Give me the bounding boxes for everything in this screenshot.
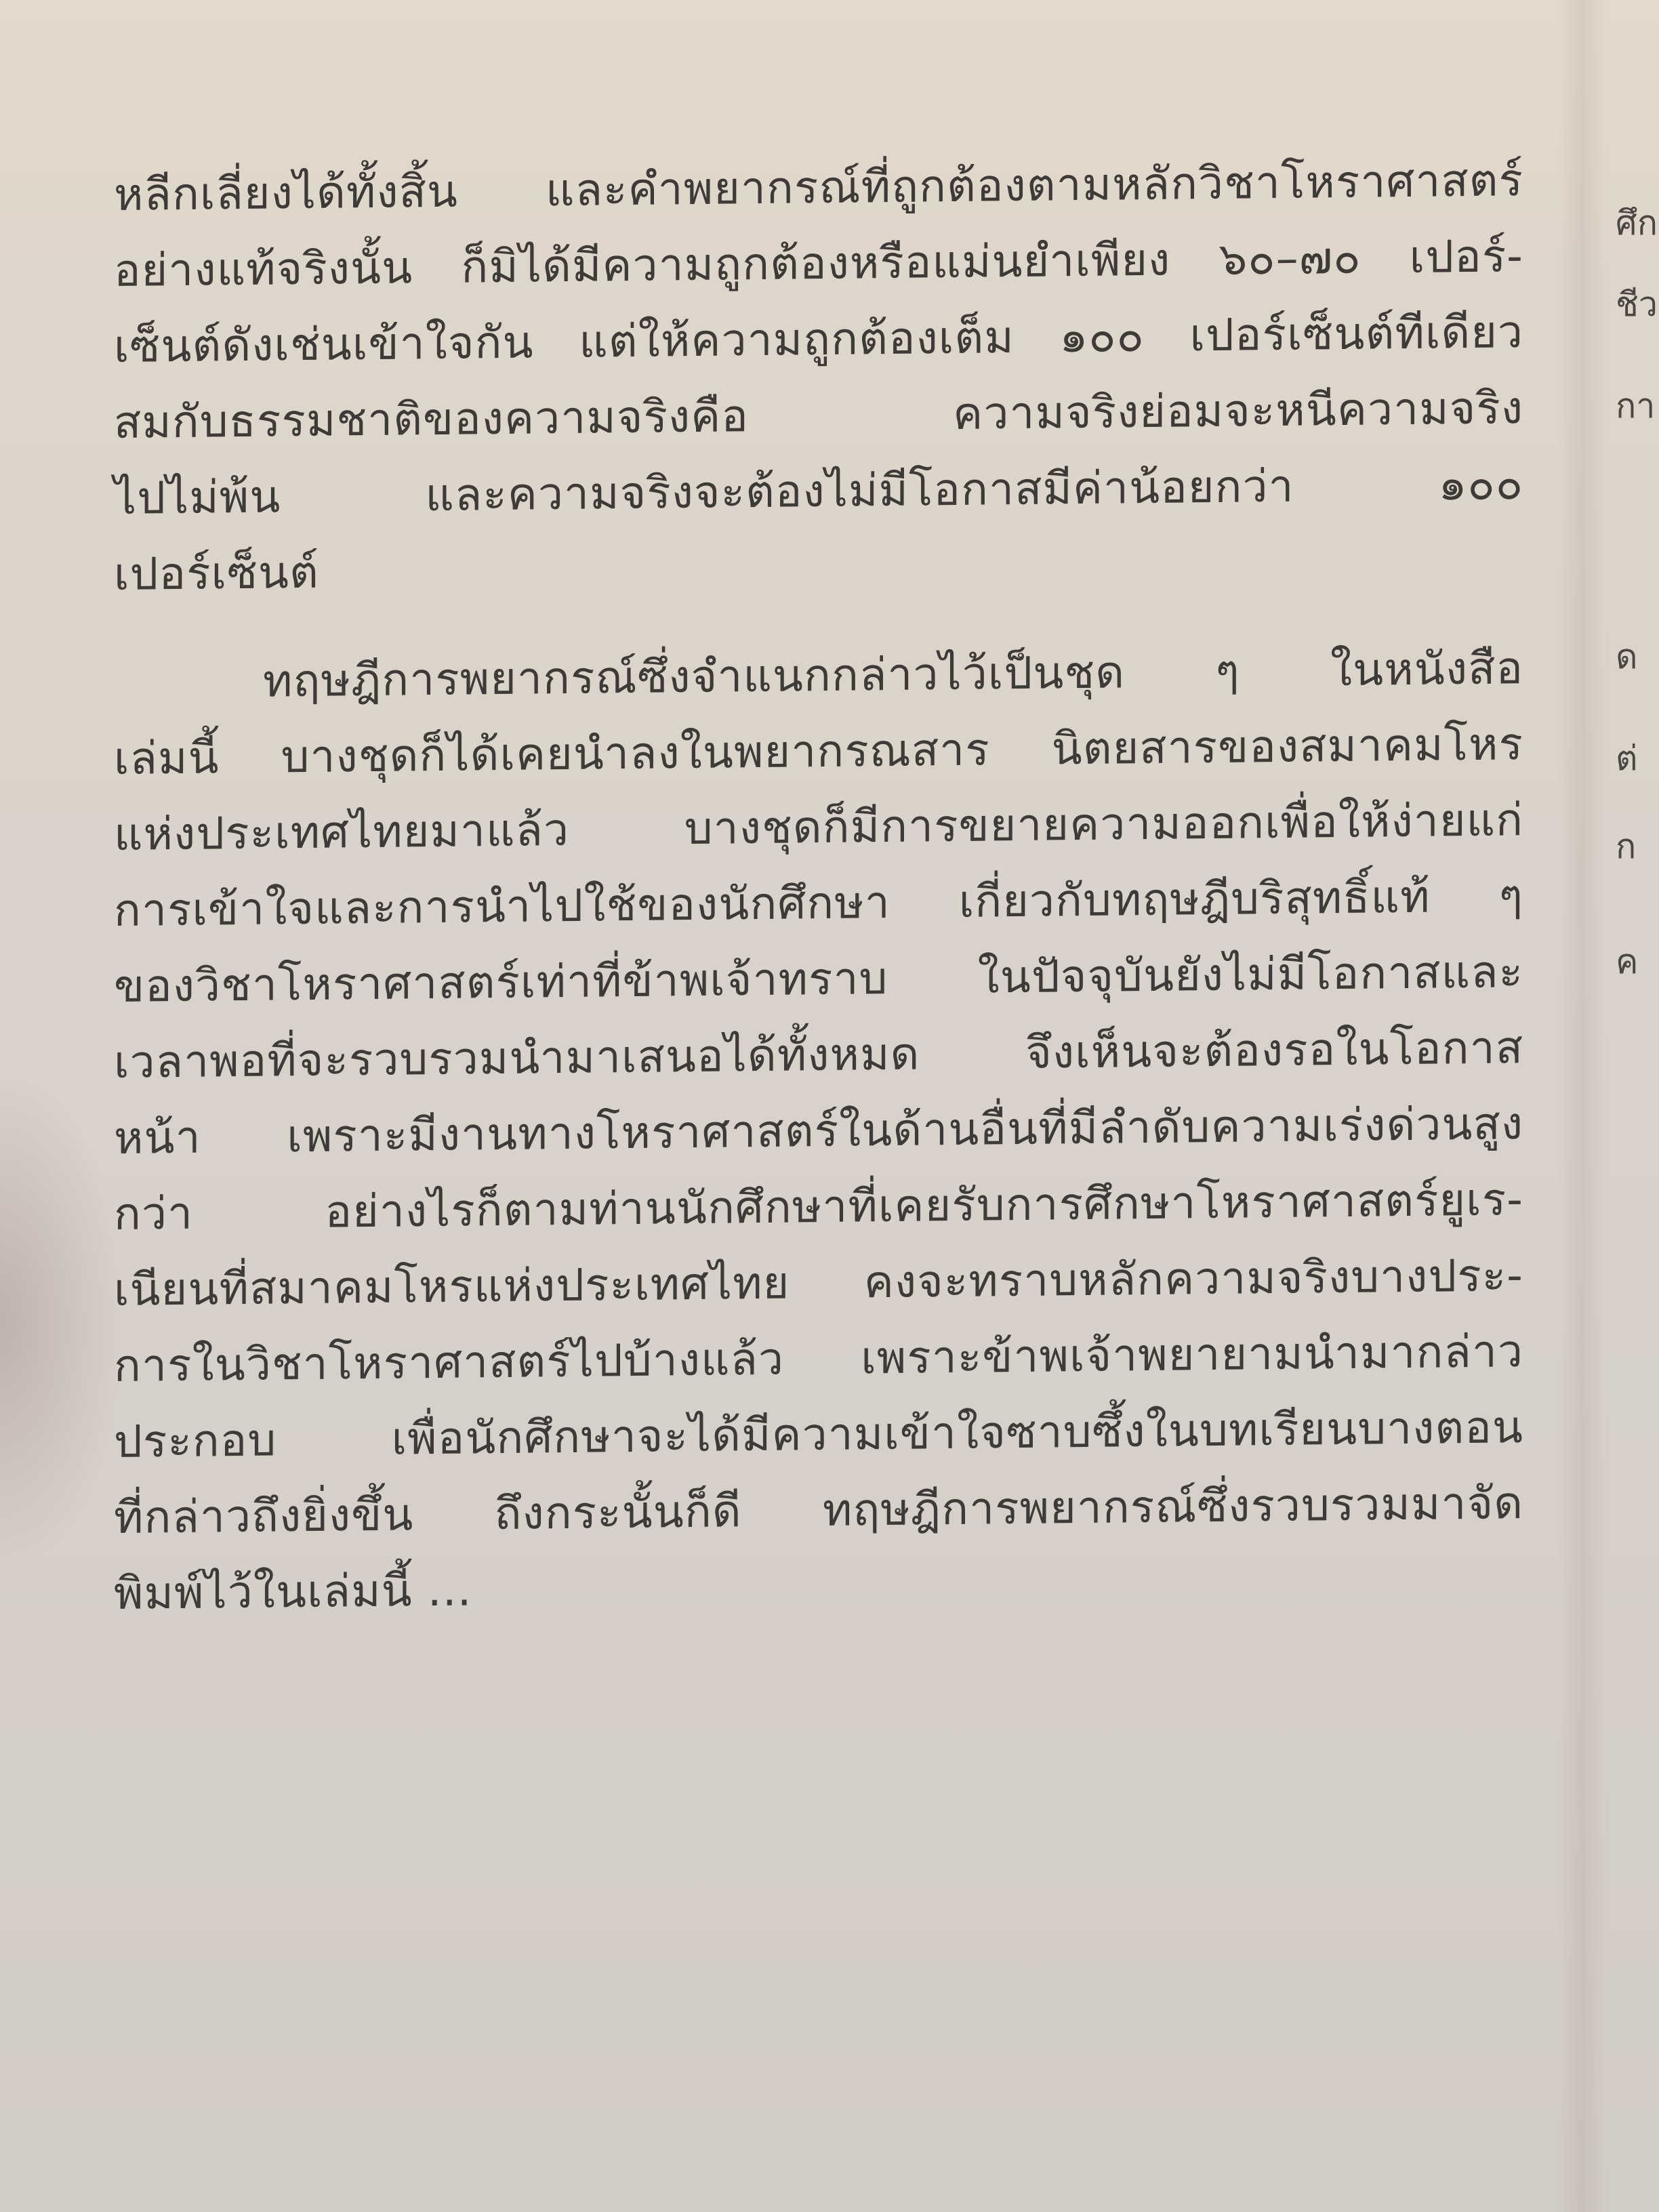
book-gutter	[1559, 0, 1606, 2212]
text-line: หลีกเลี่ยงได้ทั้งสิ้น และคำพยากรณ์ที่ถูก…	[114, 142, 1523, 233]
text-line: ประกอบ เพื่อนักศึกษาจะได้มีความเข้าใจซาบ…	[114, 1389, 1523, 1480]
text-line: สมกับธรรมชาติของความจริงคือ ความจริงย่อม…	[114, 370, 1523, 461]
text-line: การเข้าใจและการนำไปใช้ของนักศึกษา เกี่ยว…	[114, 858, 1523, 949]
text-line: เซ็นต์ดังเช่นเข้าใจกัน แต่ให้ความถูกต้อง…	[114, 294, 1523, 385]
text-line: การในวิชาโหราศาสตร์ไปบ้างแล้ว เพราะข้าพเ…	[114, 1313, 1523, 1404]
facing-page-fragment: ค	[1616, 935, 1638, 989]
text-line: ของวิชาโหราศาสตร์เท่าที่ข้าพเจ้าทราบ ในป…	[114, 934, 1523, 1025]
facing-page-fragment: กา	[1616, 380, 1655, 433]
facing-page-fragment: ด	[1616, 630, 1637, 684]
text-line: กว่า อย่างไรก็ตามท่านนักศึกษาที่เคยรับกา…	[114, 1162, 1523, 1252]
facing-page-edge: ศึกชีวกาดต่กค	[1613, 0, 1659, 2212]
text-line: แห่งประเทศไทยมาแล้ว บางชุดก็มีการขยายควา…	[114, 782, 1523, 873]
facing-page-fragment: ต่	[1616, 732, 1637, 785]
facing-page-fragment: ชีว	[1616, 278, 1658, 331]
text-line: เปอร์เซ็นต์	[114, 522, 1523, 613]
text-line: เวลาพอที่จะรวบรวมนำมาเสนอได้ทั้งหมด จึงเ…	[114, 1010, 1523, 1101]
text-line: อย่างแท้จริงนั้น ก็มิได้มีความถูกต้องหรื…	[114, 218, 1523, 309]
text-line: เนียนที่สมาคมโหรแห่งประเทศไทย คงจะทราบหล…	[114, 1237, 1523, 1328]
facing-page-fragment: ศึก	[1616, 197, 1658, 250]
text-line: ไปไม่พ้น และความจริงจะต้องไม่มีโอกาสมีค่…	[114, 446, 1523, 537]
facing-page-fragment: ก	[1616, 820, 1636, 874]
text-line: พิมพ์ไว้ในเล่มนี้ ...	[114, 1541, 1523, 1632]
text-line: เล่มนี้ บางชุดก็ได้เคยนำลงในพยากรณสาร นิ…	[114, 706, 1523, 797]
text-line: หน้า เพราะมีงานทางโหราศาสตร์ในด้านอื่นที…	[114, 1086, 1523, 1176]
book-page: หลีกเลี่ยงได้ทั้งสิ้น และคำพยากรณ์ที่ถูก…	[0, 0, 1586, 2212]
text-line: ที่กล่าวถึงยิ่งขึ้น ถึงกระนั้นก็ดี ทฤษฎี…	[114, 1465, 1523, 1556]
body-text: หลีกเลี่ยงได้ทั้งสิ้น และคำพยากรณ์ที่ถูก…	[114, 142, 1523, 1632]
text-line: ทฤษฎีการพยากรณ์ซึ่งจำแนกกล่าวไว้เป็นชุด …	[114, 630, 1523, 721]
